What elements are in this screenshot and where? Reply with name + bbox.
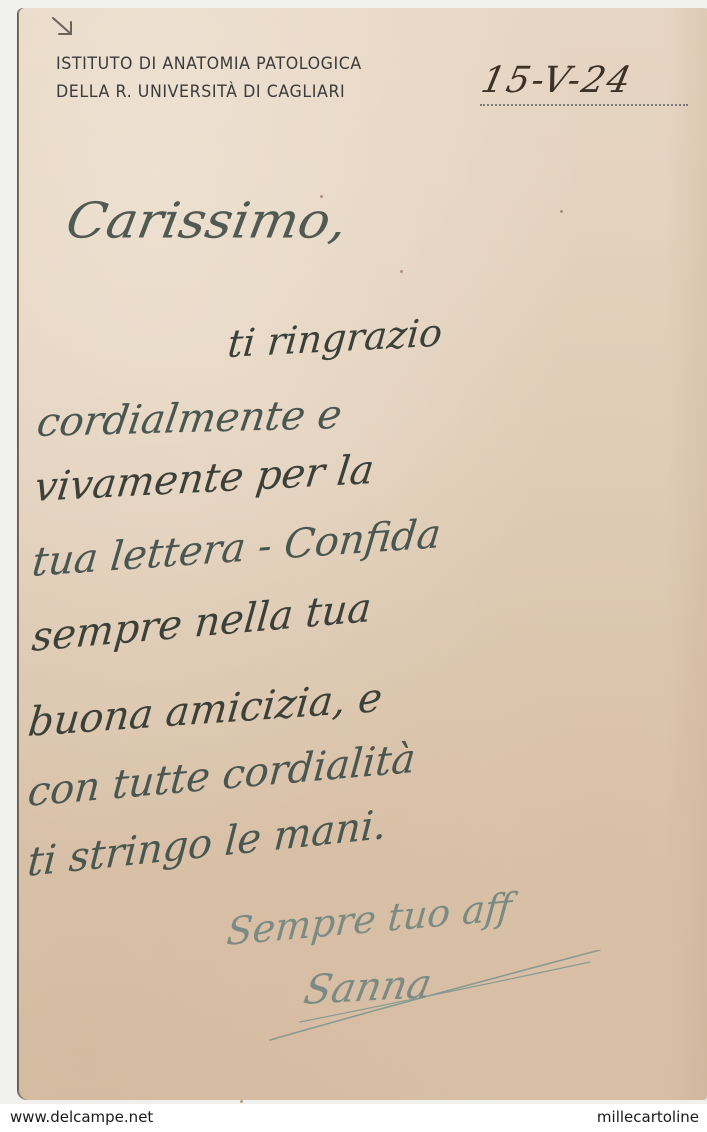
paper-speck: [240, 1100, 243, 1103]
letterhead: ISTITUTO DI ANATOMIA PATOLOGICA DELLA R.…: [56, 50, 362, 106]
paper-speck: [560, 210, 563, 213]
footer-site-link[interactable]: www.delcampe.net: [10, 1108, 153, 1126]
salutation: Carissimo,: [62, 193, 351, 250]
paper-speck: [400, 270, 403, 273]
handwritten-date: 15-V-24: [478, 60, 637, 101]
signature: Sanna: [300, 961, 435, 1014]
handwritten-line: cordialmente e: [34, 392, 345, 446]
letterhead-line-1: ISTITUTO DI ANATOMIA PATOLOGICA: [56, 50, 362, 78]
watermark-footer: www.delcampe.net millecartoline: [0, 1104, 707, 1132]
arrow-down-right-icon: [50, 14, 76, 40]
footer-seller-name: millecartoline: [597, 1108, 699, 1126]
paper-speck: [320, 195, 323, 198]
date-dotted-line: [480, 104, 688, 106]
letterhead-line-2: DELLA R. UNIVERSITÀ DI CAGLIARI: [56, 78, 362, 106]
